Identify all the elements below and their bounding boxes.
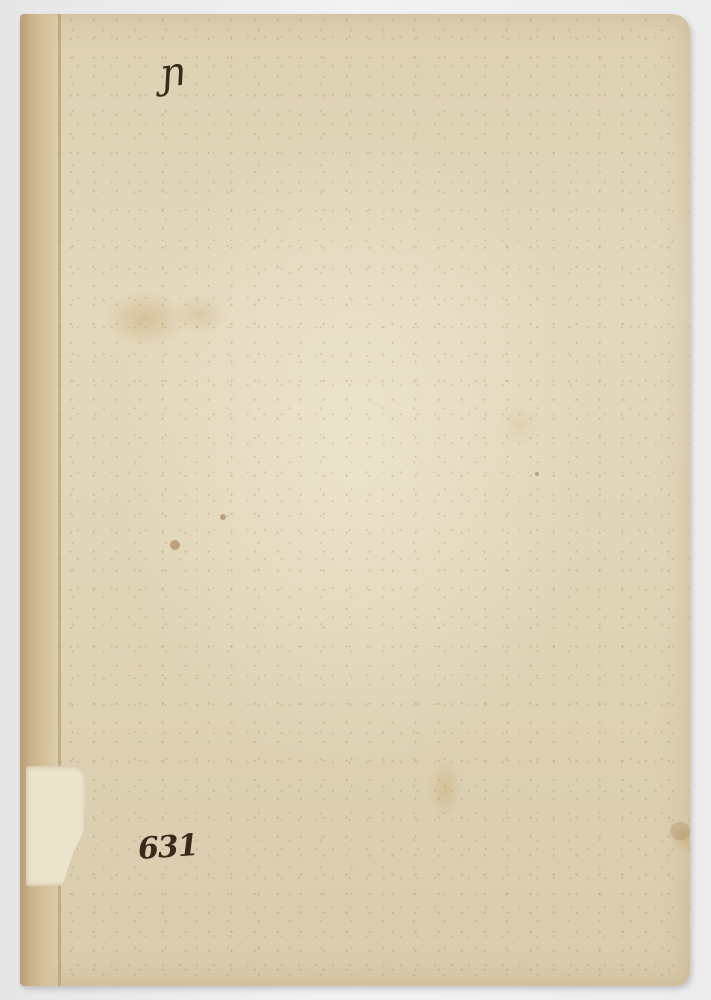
foxing-spot <box>170 540 180 550</box>
foxing-texture <box>20 14 690 986</box>
foxing-spot <box>220 514 226 520</box>
book-cover: ɲ 631 <box>20 14 690 986</box>
handwritten-number: 631 <box>137 828 199 867</box>
foxing-spot <box>670 822 690 840</box>
foxing-spot <box>535 472 539 476</box>
